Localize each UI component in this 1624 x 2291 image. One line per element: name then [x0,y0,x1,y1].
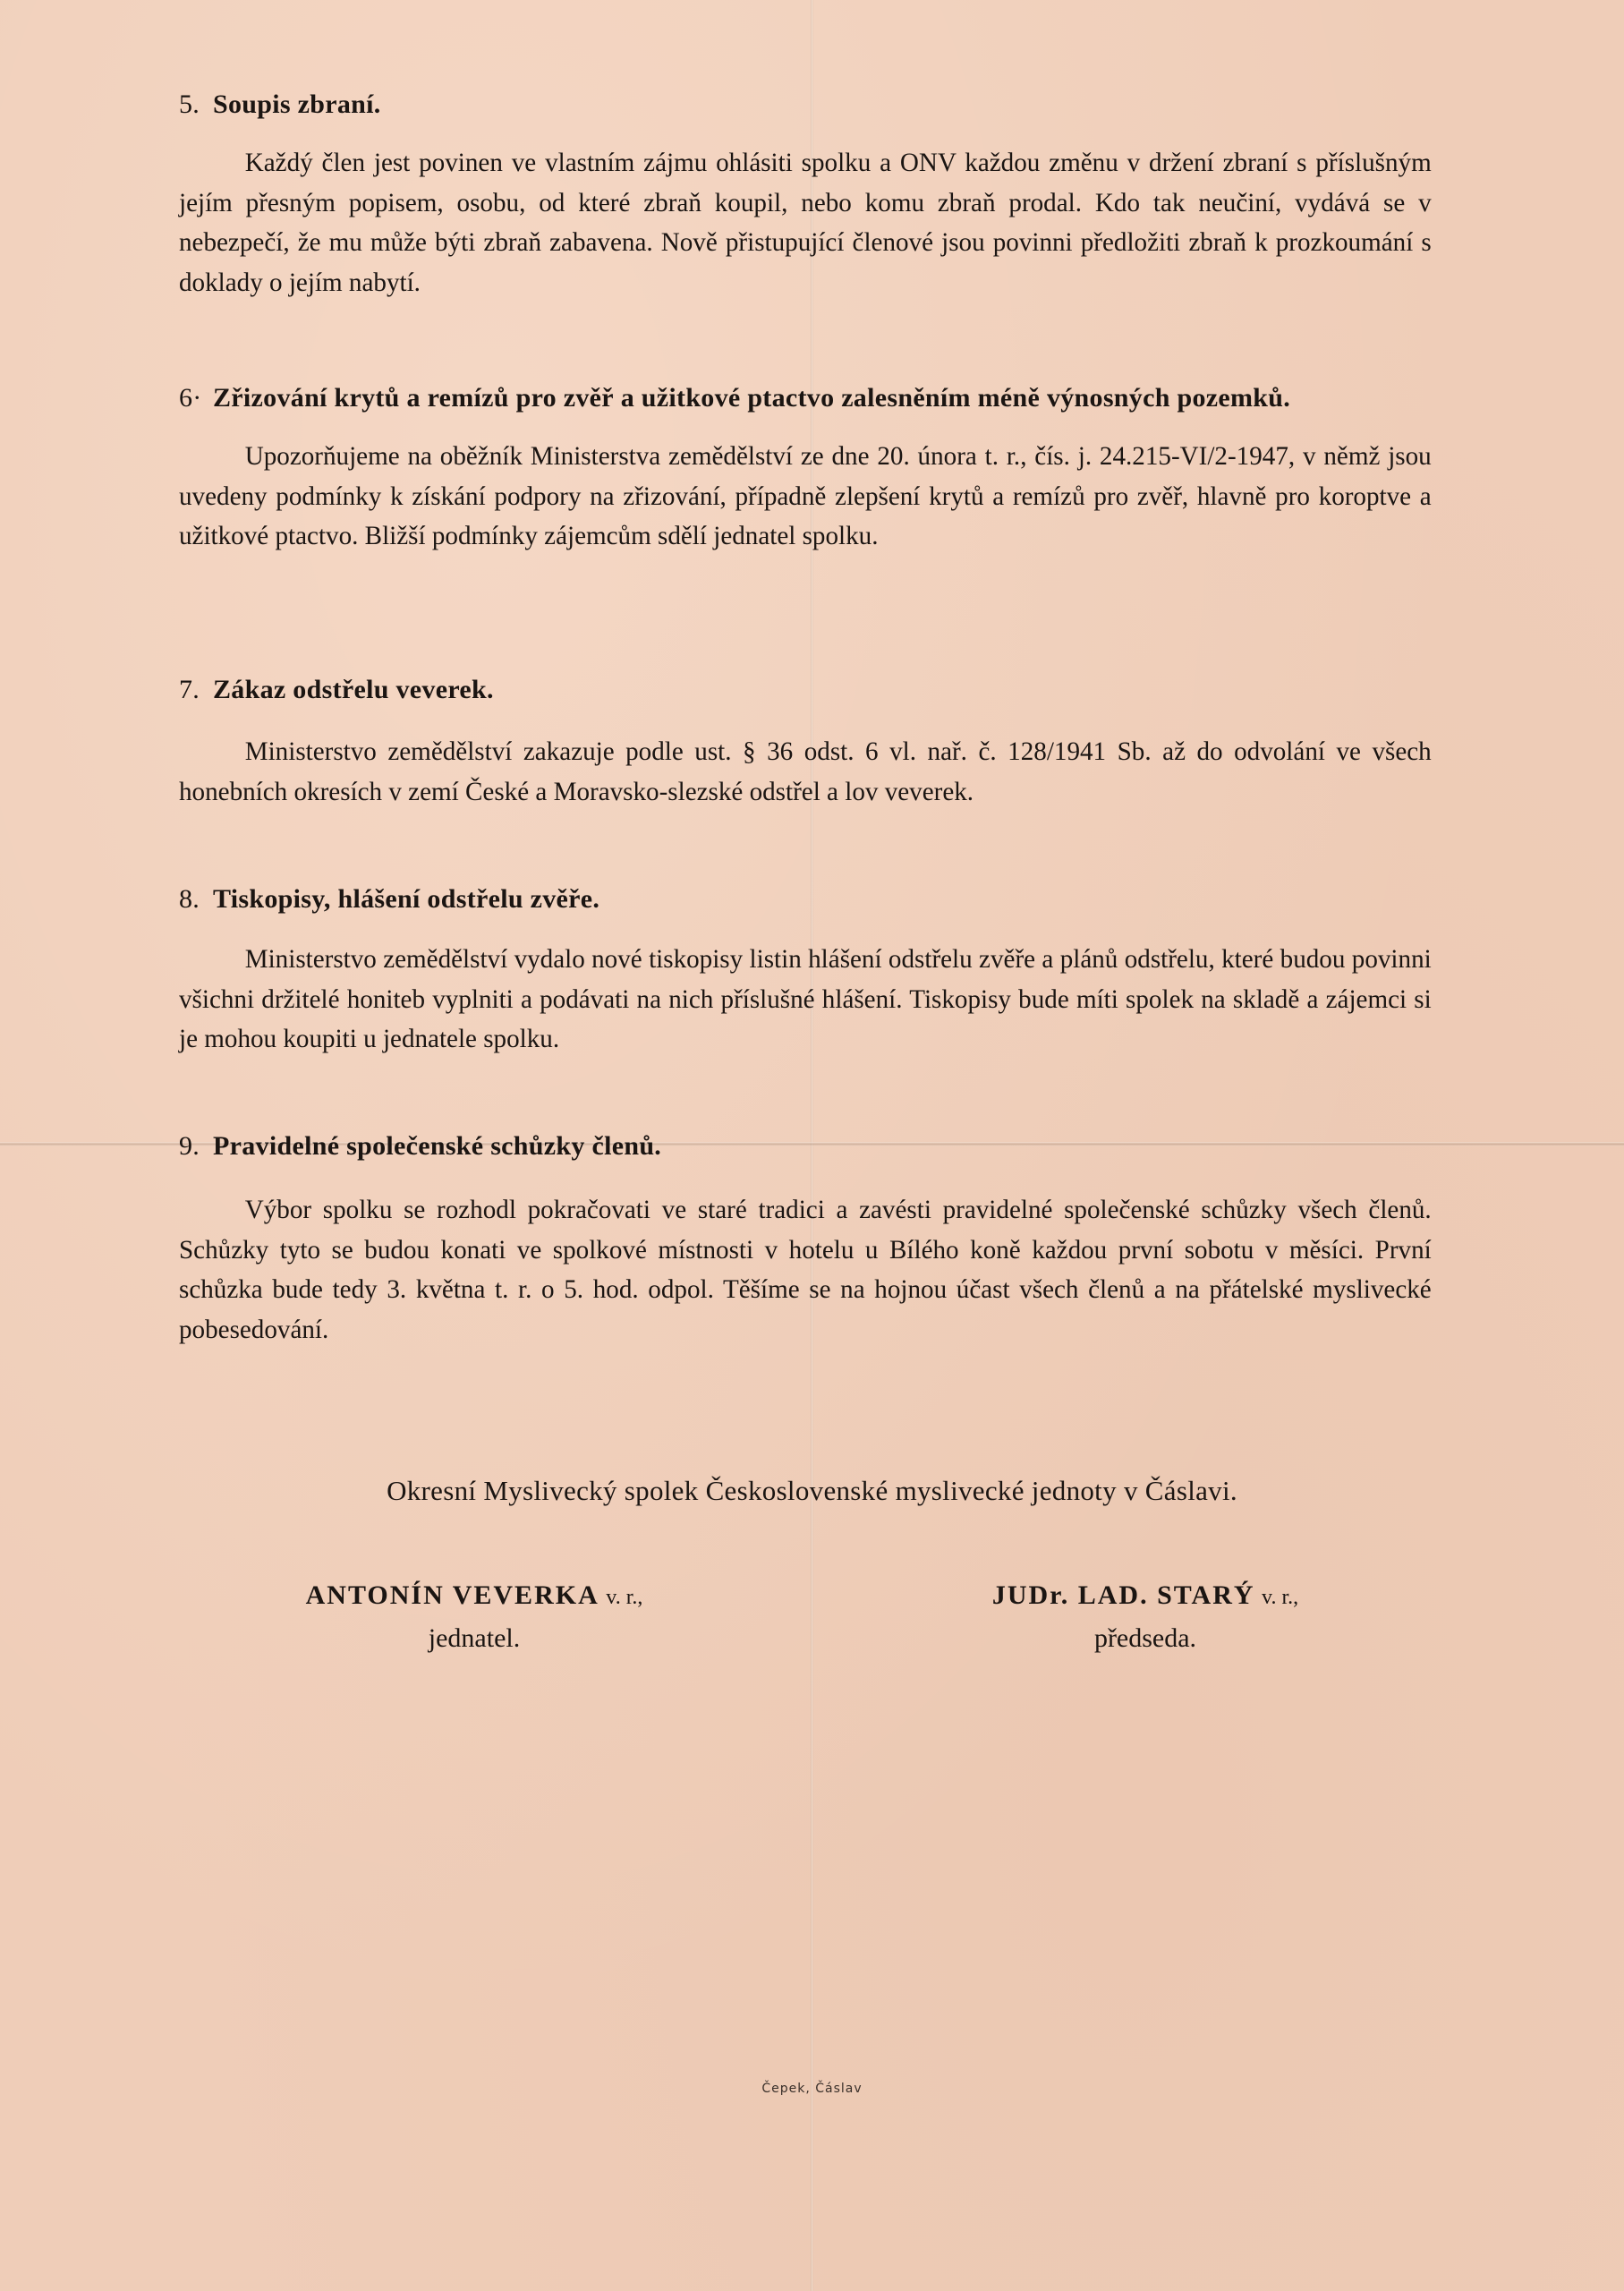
section-8: 8. Tiskopisy, hlášení odstřelu zvěře. Mi… [179,881,1432,1060]
signatory-role: jednatel. [206,1618,743,1659]
section-heading: 5. Soupis zbraní. [179,86,1432,123]
section-title: Zřizování krytů a remízů pro zvěř a užit… [213,379,1432,417]
section-7: 7. Zákaz odstřelu veverek. Ministerstvo … [179,671,1432,812]
section-number: 7. [179,671,213,709]
section-heading: 6· Zřizování krytů a remízů pro zvěř a u… [179,379,1432,417]
signatory-suffix: v. r., [1262,1586,1298,1609]
section-body: Výbor spolku se rozhodl pokračovati ve s… [179,1190,1432,1350]
signatory-role: předseda. [895,1618,1396,1659]
section-6: 6· Zřizování krytů a remízů pro zvěř a u… [179,379,1432,557]
section-body: Každý člen jest povinen ve vlastním zájm… [179,143,1432,302]
signature-secretary: ANTONÍN VEVERKA v. r., jednatel. [206,1575,743,1659]
section-heading: 7. Zákaz odstřelu veverek. [179,671,1432,709]
section-number: 6· [179,379,213,417]
section-heading: 8. Tiskopisy, hlášení odstřelu zvěře. [179,881,1432,918]
section-title: Pravidelné společenské schůzky členů. [213,1128,1432,1165]
section-number: 8. [179,881,213,918]
printer-imprint: Čepek, Čáslav [0,2082,1624,2096]
section-heading: 9. Pravidelné společenské schůzky členů. [179,1128,1432,1165]
signatory-name: ANTONÍN VEVERKA [306,1580,599,1610]
section-body: Ministerstvo zemědělství zakazuje podle … [179,732,1432,812]
section-5: 5. Soupis zbraní. Každý člen jest povine… [179,86,1432,302]
section-number: 5. [179,86,213,123]
organization-line: Okresní Myslivecký spolek Československé… [0,1475,1624,1507]
signatory-suffix: v. r., [606,1586,642,1609]
signature-chairman: JUDr. LAD. STARÝ v. r., předseda. [895,1575,1396,1659]
section-title: Tiskopisy, hlášení odstřelu zvěře. [213,881,1432,918]
section-9: 9. Pravidelné společenské schůzky členů.… [179,1128,1432,1350]
section-body: Ministerstvo zemědělství vydalo nové tis… [179,940,1432,1060]
signatory-name: JUDr. LAD. STARÝ [992,1580,1255,1610]
section-number: 9. [179,1128,213,1165]
section-title: Soupis zbraní. [213,86,1432,123]
section-title: Zákaz odstřelu veverek. [213,671,1432,709]
section-body: Upozorňujeme na oběžník Ministerstva zem… [179,437,1432,557]
